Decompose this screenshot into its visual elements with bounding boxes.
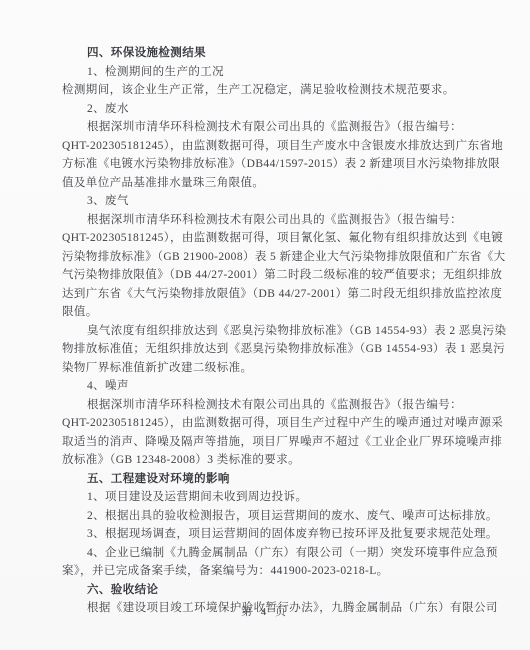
doc-line: 气污染物排放限值》（DB 44/27-2001）第二时段二级标准的较严值要求；无… (62, 266, 480, 285)
page-number: 第 4 页 (0, 603, 530, 619)
doc-line: QHT-202305181245），由监测数据可得，项目氰化氢、氟化物有组织排放… (62, 229, 480, 248)
doc-line: 4、企业已编制《九腾金属制品（广东）有限公司（一期）突发环境事件应急预 (62, 544, 480, 563)
doc-line: 放标准》（GB 12348-2008）3 类标准的要求。 (62, 451, 480, 470)
doc-line: QHT-202305181245），由监测数据可得，项目生产过程中产生的噪声通过… (62, 414, 480, 433)
doc-line: 臭气浓度有组织排放达到《恶臭污染物排放标准》（GB 14554-93）表 2 恶… (62, 322, 480, 341)
doc-line: 1、检测期间的生产的工况 (62, 63, 480, 82)
doc-line: 取适当的消声、降噪及隔声等措施，项目厂界噪声不超过《工业企业厂界环境噪声排 (62, 433, 480, 452)
doc-line: 值及单位产品基准排水量珠三角限值。 (62, 174, 480, 193)
section-heading: 四、环保设施检测结果 (62, 44, 480, 63)
document-body: 四、环保设施检测结果1、检测期间的生产的工况检测期间，该企业生产正常，生产工况稳… (62, 44, 480, 618)
doc-line: 检测期间，该企业生产正常，生产工况稳定，满足验收检测技术规范要求。 (62, 81, 480, 100)
doc-line: 1、项目建设及运营期间未收到周边投诉。 (62, 488, 480, 507)
doc-line: 根据深圳市清华环科检测技术有限公司出具的《监测报告》（报告编号： (62, 396, 480, 415)
doc-line: 达到广东省《大气污染物排放限值》（DB 44/27-2001）第二时段无组织排放… (62, 285, 480, 304)
doc-line: 2、根据出具的验收检测报告，项目运营期间的废水、废气、噪声可达标排放。 (62, 507, 480, 526)
doc-line: 染物厂界标准值新扩改建二级标准。 (62, 359, 480, 378)
doc-line: 根据深圳市清华环科检测技术有限公司出具的《监测报告》（报告编号： (62, 211, 480, 230)
doc-line: 限值。 (62, 303, 480, 322)
doc-line: 方标准《电镀水污染物排放标准》（DB44/1597-2015）表 2 新建项目水… (62, 155, 480, 174)
document-page: 四、环保设施检测结果1、检测期间的生产的工况检测期间，该企业生产正常，生产工况稳… (0, 0, 530, 650)
doc-line: 4、噪声 (62, 377, 480, 396)
section-heading: 六、验收结论 (62, 581, 480, 600)
doc-line: 2、废水 (62, 100, 480, 119)
doc-line: QHT-202305181245），由监测数据可得，项目生产废水中含银废水排放达… (62, 137, 480, 156)
doc-line: 污染物排放标准》（GB 21900-2008）表 5 新建企业大气污染物排放限值… (62, 248, 480, 267)
doc-line: 3、废气 (62, 192, 480, 211)
doc-line: 3、根据现场调查，项目运营期间的固体废弃物已按环评及批复要求规范处理。 (62, 525, 480, 544)
section-heading: 五、工程建设对环境的影响 (62, 470, 480, 489)
doc-line: 案》，并已完成备案手续，备案编号为：441900-2023-0218-L。 (62, 562, 480, 581)
doc-line: 物排放标准值；无组织排放达到《恶臭污染物排放标准》（GB 14554-93）表 … (62, 340, 480, 359)
doc-line: 根据深圳市清华环科检测技术有限公司出具的《监测报告》（报告编号： (62, 118, 480, 137)
